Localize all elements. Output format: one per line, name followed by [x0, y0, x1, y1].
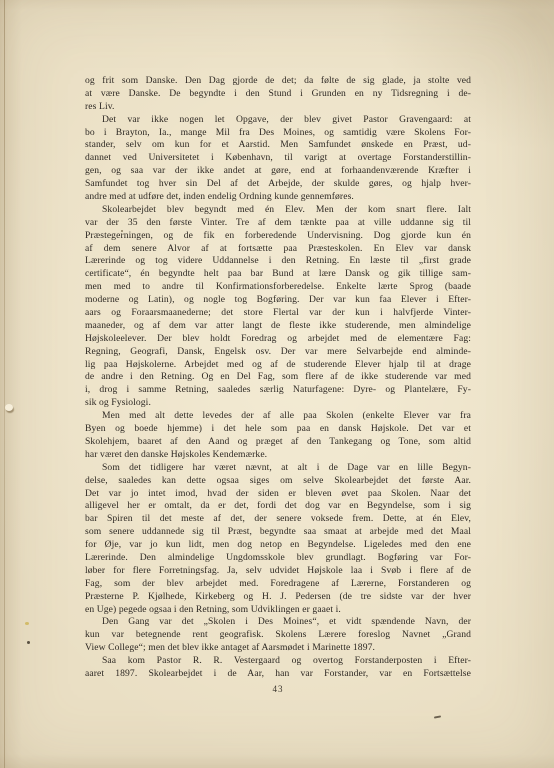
text-line: men med to andre til Konfirmationsforber… — [85, 281, 471, 294]
text-line: som senere uddannede sig til Præst, begy… — [85, 526, 471, 539]
text-line: og frit som Danske. Den Dag gjorde de de… — [85, 75, 471, 88]
text-line: Som det tidligere har været nævnt, at al… — [85, 462, 471, 475]
text-line: at være Danske. De begyndte i den Stund … — [85, 88, 471, 101]
text-line: sik og Fysiologi. — [85, 397, 471, 410]
text-line: af dem senere Alvor af at fortsætte paa … — [85, 243, 471, 256]
text-line: de andre i den Retning. Og en Del Fag, s… — [85, 371, 471, 384]
text-line: en Uge) pegede ogsaa i den Retning, som … — [85, 604, 471, 617]
text-line: Lærerinde og tog videre Uddannelse i den… — [85, 255, 471, 268]
text-line: gen, og saa var der ikke andet at gøre, … — [85, 165, 471, 178]
text-line: alligevel her er omtalt, da er det, ford… — [85, 500, 471, 513]
paragraph: Det var ikke nogen let Opgave, der blev … — [85, 114, 471, 204]
text-line: kun var betegnende rent geografisk. Skol… — [85, 629, 471, 642]
text-line: View College“; men det blev ikke antaget… — [85, 642, 471, 655]
text-line: dannet ved Universitetet i København, ti… — [85, 152, 471, 165]
text-line: bar Spiren til det meste af det, der sen… — [85, 513, 471, 526]
paper-speck — [27, 641, 30, 644]
text-line: Den Gang var det „Skolen i Des Moines“, … — [85, 616, 471, 629]
text-line: stander, selv om kun for et Aarstid. Men… — [85, 139, 471, 152]
page-fold-line — [4, 0, 5, 768]
paper-blemish-hole — [5, 404, 13, 411]
text-line: moderne og Latin), og nogle tog Bogførin… — [85, 294, 471, 307]
page-number: 43 — [85, 683, 471, 696]
text-line: Skolehjem, baaret af den Aand og præget … — [85, 436, 471, 449]
text-line: Højskoleelever. Der blev holdt Foredrag … — [85, 333, 471, 346]
paper-speck — [434, 715, 441, 718]
text-line: i, drog i samme Retning, saaledes særlig… — [85, 384, 471, 397]
paragraph: Saa kom Pastor R. R. Vestergaard og over… — [85, 655, 471, 681]
text-line: res Liv. — [85, 101, 471, 114]
text-line: Regning, Geografi, Dansk, Engelsk osv. D… — [85, 346, 471, 359]
text-line: aars og Foraarsmaanederne; det store Fle… — [85, 307, 471, 320]
text-line: Byen og boede hjemme) i det hele som paa… — [85, 423, 471, 436]
text-line: Skolearbejdet blev begyndt med én Elev. … — [85, 204, 471, 217]
text-line: løber for flere Forretningsfag. Ja, selv… — [85, 565, 471, 578]
text-line: bo i Brayton, Ia., mange Mil fra Des Moi… — [85, 127, 471, 140]
text-line: maaneder, og af dem var atter langt de f… — [85, 320, 471, 333]
text-line: Lærerinde. Den almindelige Ungdomsskole … — [85, 552, 471, 565]
text-line: Men med alt dette levedes der af alle pa… — [85, 410, 471, 423]
text-line: delse, saaledes kan dette ogsaa siges om… — [85, 475, 471, 488]
text-line: Saa kom Pastor R. R. Vestergaard og over… — [85, 655, 471, 668]
paragraph: Som det tidligere har været nævnt, at al… — [85, 462, 471, 617]
scanned-book-page: og frit som Danske. Den Dag gjorde de de… — [0, 0, 554, 768]
text-line: andre med at udføre det, inden endelig O… — [85, 191, 471, 204]
text-line: har været den danske Højskoles Kendemærk… — [85, 449, 471, 462]
paragraph: Men med alt dette levedes der af alle pa… — [85, 410, 471, 462]
paragraph: Skolearbejdet blev begyndt med én Elev. … — [85, 204, 471, 410]
paragraph: og frit som Danske. Den Dag gjorde de de… — [85, 75, 471, 114]
text-line: lig paa Højskolerne. Arbejdet med og af … — [85, 359, 471, 372]
text-line: Fag, som der blev arbejdet med. Foredrag… — [85, 578, 471, 591]
text-line: certificate“, én begyndte helt paa bar B… — [85, 268, 471, 281]
text-line: Samfundet tog hver sin Del af det Arbejd… — [85, 178, 471, 191]
text-line: Det var ikke nogen let Opgave, der blev … — [85, 114, 471, 127]
text-line: var der 35 den første Vinter. Tre af dem… — [85, 217, 471, 230]
paragraph: Den Gang var det „Skolen i Des Moines“, … — [85, 616, 471, 655]
text-line: Præsterne P. Kjølhede, Kirkeberg og H. J… — [85, 591, 471, 604]
text-line: Præstegerningen, og de fik en forbereden… — [85, 230, 471, 243]
paper-speck — [25, 622, 29, 625]
text-line: Det var jo intet imod, hvad der siden er… — [85, 488, 471, 501]
text-line: aaret 1897. Skolearbejdet i de Aar, han … — [85, 668, 471, 681]
text-column: og frit som Danske. Den Dag gjorde de de… — [85, 75, 471, 696]
text-line: for Øje, var jo kun lidt, men dog netop … — [85, 539, 471, 552]
